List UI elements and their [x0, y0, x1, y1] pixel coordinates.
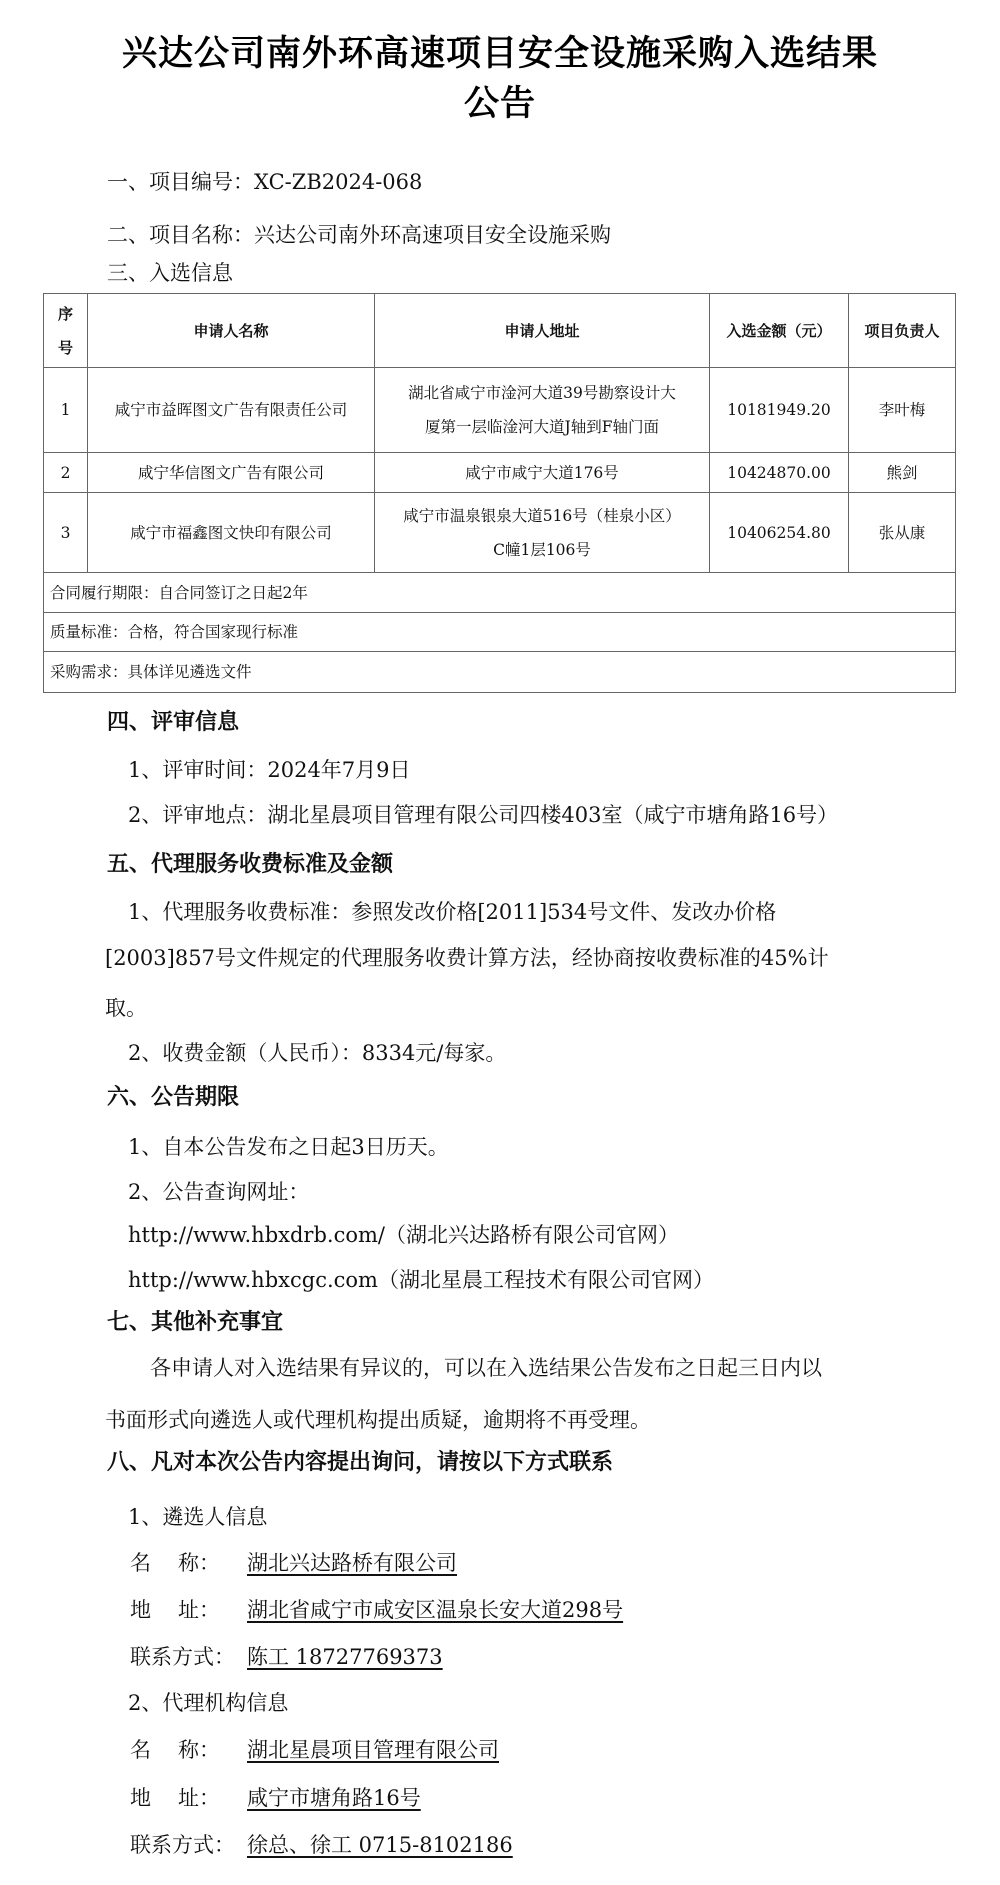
selector-contact-value: 陈工 18727769373 [247, 1645, 443, 1669]
contact-heading: 八、凡对本次公告内容提出询问，请按以下方式联系 [107, 1448, 613, 1478]
selection-info-heading: 三、入选信息 [107, 258, 233, 288]
row-amount: 10181949.20 [710, 368, 849, 453]
contract-term: 合同履行期限：自合同签订之日起2年 [44, 573, 956, 613]
selection-table: 序号 申请人名称 申请人地址 入选金额（元） 项目负责人 1 咸宁市益晖图文广告… [43, 293, 956, 693]
review-location: 2、评审地点：湖北星晨项目管理有限公司四楼403室（咸宁市塘角路16号） [128, 800, 838, 830]
project-number-label: 一、项目编号： [107, 170, 254, 194]
row-address: 湖北省咸宁市淦河大道39号勘察设计大厦第一层临淦河大道J轴到F轴门面 [375, 368, 710, 453]
table-header-row: 序号 申请人名称 申请人地址 入选金额（元） 项目负责人 [44, 294, 956, 368]
agency-name-value: 湖北星晨项目管理有限公司 [247, 1738, 499, 1762]
row-amount: 10424870.00 [710, 453, 849, 493]
row-name: 咸宁市益晖图文广告有限责任公司 [88, 368, 375, 453]
row-index: 3 [44, 493, 88, 573]
project-number-value: XC-ZB2024-068 [254, 170, 422, 194]
selector-address-label: 地址： [130, 1595, 220, 1625]
objection-line1: 各申请人对入选结果有异议的，可以在入选结果公告发布之日起三日内以 [150, 1353, 822, 1383]
agency-name-label: 名称： [130, 1735, 220, 1765]
row-address: 咸宁市温泉银泉大道516号（桂泉小区）C幢1层106号 [375, 493, 710, 573]
agency-address-label: 地址： [130, 1783, 220, 1813]
agency-contact-value: 徐总、徐工 0715-8102186 [247, 1833, 513, 1857]
table-row: 3 咸宁市福鑫图文快印有限公司 咸宁市温泉银泉大道516号（桂泉小区）C幢1层1… [44, 493, 956, 573]
fee-standard-line2: [2003]857号文件规定的代理服务收费计算方法，经协商按收费标准的45%计 [105, 943, 829, 973]
project-name-label: 二、项目名称： [107, 223, 254, 247]
contract-term-row: 合同履行期限：自合同签订之日起2年 [44, 573, 956, 613]
project-number: 一、项目编号：XC-ZB2024-068 [107, 167, 422, 197]
agency-contact-line: 联系方式：徐总、徐工 0715-8102186 [130, 1830, 513, 1860]
header-manager: 项目负责人 [849, 294, 956, 368]
website-link-1[interactable]: http://www.hbxdrb.com/（湖北兴达路桥有限公司官网） [128, 1220, 679, 1250]
selector-contact-label: 联系方式： [130, 1642, 247, 1672]
notice-period-item1: 1、自本公告发布之日起3日历天。 [128, 1132, 449, 1162]
row-index: 2 [44, 453, 88, 493]
header-address: 申请人地址 [375, 294, 710, 368]
selector-contact-line: 联系方式：陈工 18727769373 [130, 1642, 443, 1672]
review-info-heading: 四、评审信息 [107, 708, 239, 738]
notice-period-item2: 2、公告查询网址： [128, 1177, 309, 1207]
header-amount: 入选金额（元） [710, 294, 849, 368]
selector-address-line: 地址：湖北省咸宁市咸安区温泉长安大道298号 [130, 1595, 623, 1625]
fee-standard-line3: 取。 [105, 993, 147, 1023]
review-time: 1、评审时间：2024年7月9日 [128, 755, 411, 785]
quality-standard-row: 质量标准：合格，符合国家现行标准 [44, 613, 956, 652]
procurement-demand-row: 采购需求：具体详见遴选文件 [44, 652, 956, 693]
row-index: 1 [44, 368, 88, 453]
project-name-value: 兴达公司南外环高速项目安全设施采购 [254, 223, 611, 247]
selector-name-value: 湖北兴达路桥有限公司 [247, 1551, 457, 1575]
fee-standard-line1: 1、代理服务收费标准：参照发改价格[2011]534号文件、发改办价格 [128, 897, 776, 927]
selector-address-value: 湖北省咸宁市咸安区温泉长安大道298号 [247, 1598, 623, 1622]
row-name: 咸宁市福鑫图文快印有限公司 [88, 493, 375, 573]
row-manager: 熊剑 [849, 453, 956, 493]
row-manager: 张从康 [849, 493, 956, 573]
quality-standard: 质量标准：合格，符合国家现行标准 [44, 613, 956, 652]
objection-line2: 书面形式向遴选人或代理机构提出质疑，逾期将不再受理。 [105, 1405, 651, 1435]
agency-contact-label: 联系方式： [130, 1830, 247, 1860]
agency-name-line: 名称：湖北星晨项目管理有限公司 [130, 1735, 499, 1765]
notice-period-heading: 六、公告期限 [107, 1083, 239, 1113]
selector-info-heading: 1、遴选人信息 [128, 1502, 267, 1532]
header-name: 申请人名称 [88, 294, 375, 368]
document-title-line2: 公告 [0, 76, 1000, 126]
row-manager: 李叶梅 [849, 368, 956, 453]
row-amount: 10406254.80 [710, 493, 849, 573]
table-row: 1 咸宁市益晖图文广告有限责任公司 湖北省咸宁市淦河大道39号勘察设计大厦第一层… [44, 368, 956, 453]
website-link-2[interactable]: http://www.hbxcgc.com（湖北星晨工程技术有限公司官网） [128, 1265, 714, 1295]
selector-name-label: 名称： [130, 1548, 220, 1578]
row-address: 咸宁市咸宁大道176号 [375, 453, 710, 493]
procurement-demand: 采购需求：具体详见遴选文件 [44, 652, 956, 693]
agency-address-value: 咸宁市塘角路16号 [247, 1786, 421, 1810]
fee-amount: 2、收费金额（人民币）：8334元/每家。 [128, 1038, 506, 1068]
selector-name-line: 名称：湖北兴达路桥有限公司 [130, 1548, 457, 1578]
row-name: 咸宁华信图文广告有限公司 [88, 453, 375, 493]
other-matters-heading: 七、其他补充事宜 [107, 1308, 283, 1338]
header-index: 序号 [44, 294, 88, 368]
agency-fee-heading: 五、代理服务收费标准及金额 [107, 850, 393, 880]
table-row: 2 咸宁华信图文广告有限公司 咸宁市咸宁大道176号 10424870.00 熊… [44, 453, 956, 493]
agency-address-line: 地址：咸宁市塘角路16号 [130, 1783, 421, 1813]
document-title-line1: 兴达公司南外环高速项目安全设施采购入选结果 [0, 26, 1000, 76]
project-name: 二、项目名称：兴达公司南外环高速项目安全设施采购 [107, 220, 611, 250]
agency-info-heading: 2、代理机构信息 [128, 1688, 288, 1718]
